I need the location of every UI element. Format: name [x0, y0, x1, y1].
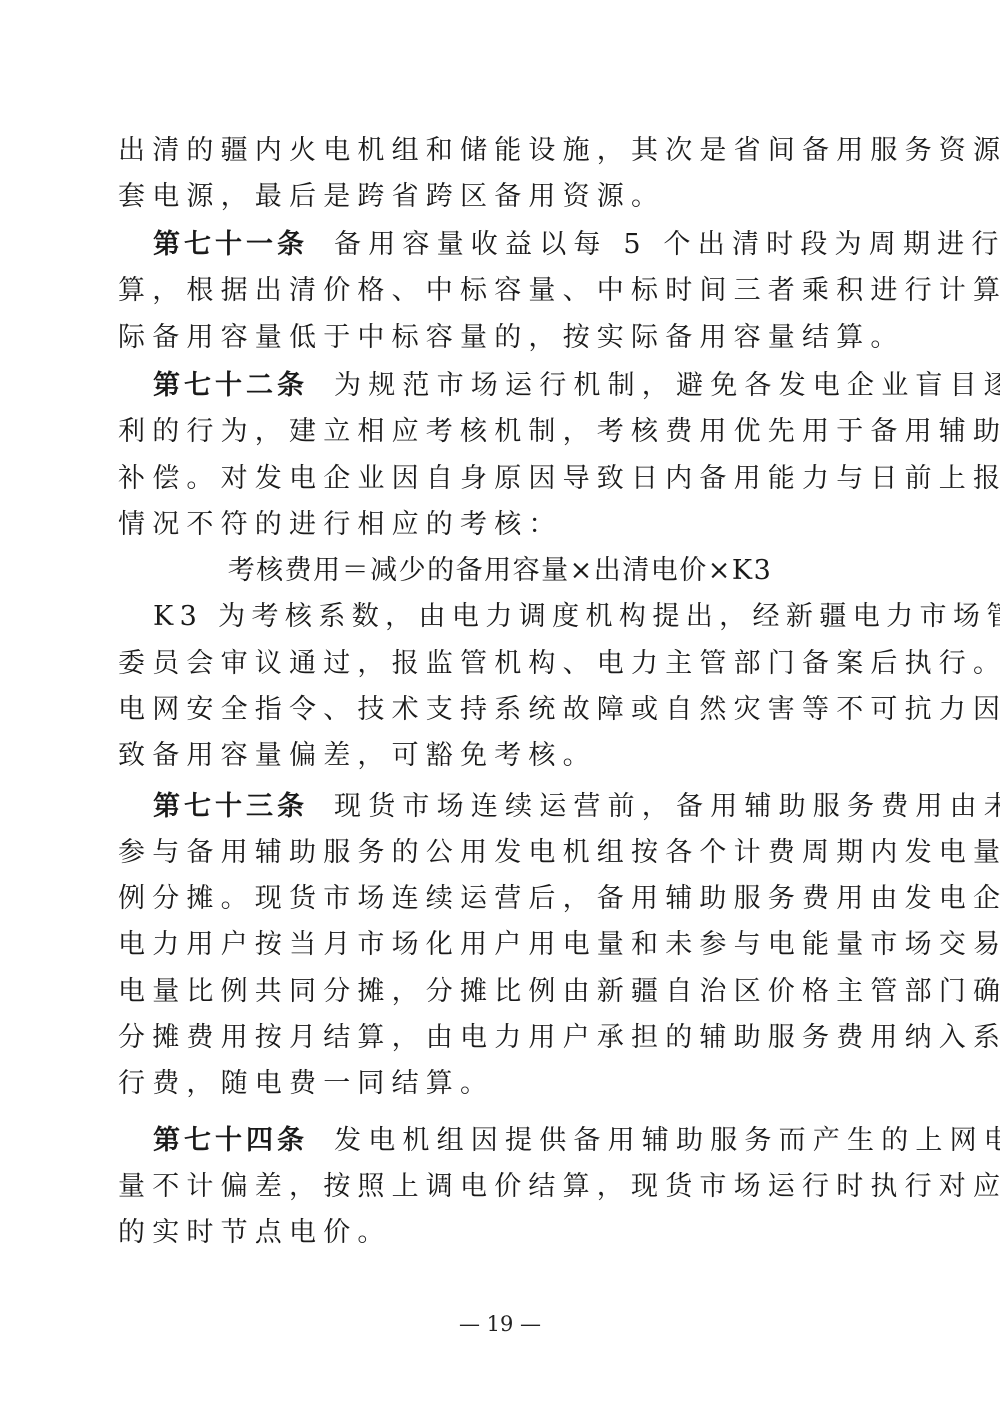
page-number: — 19 —	[0, 1310, 1000, 1338]
article-73-heading: 第七十三条	[153, 791, 308, 822]
text-line: 参与备用辅助服务的公用发电机组按各个计费周期内发电量等比	[118, 833, 884, 873]
article-72-text: 为规范市场运行机制，避免各发电企业盲目逐	[334, 370, 1000, 401]
article-73-line: 第七十三条现货市场连续运营前，备用辅助服务费用由未	[153, 787, 919, 827]
article-74-heading: 第七十四条	[153, 1125, 308, 1156]
text-line: 际备用容量低于中标容量的，按实际备用容量结算。	[118, 318, 884, 358]
article-74-text: 发电机组因提供备用辅助服务而产生的上网电	[334, 1125, 1000, 1156]
document-page: 出清的疆内火电机组和储能设施，其次是省间备用服务资源、配 套电源，最后是跨省跨区…	[0, 0, 1000, 1414]
text-line: 例分摊。现货市场连续运营后，备用辅助服务费用由发电企业和	[118, 879, 884, 919]
article-72-heading: 第七十二条	[153, 370, 308, 401]
article-71-text: 备用容量收益以每 5 个出清时段为周期进行结	[334, 229, 1000, 260]
text-line: 行费，随电费一同结算。	[118, 1064, 884, 1104]
article-71-heading: 第七十一条	[153, 229, 308, 260]
text-line: 电力用户按当月市场化用户用电量和未参与电能量市场交易的发	[118, 925, 884, 965]
article-71-line: 第七十一条备用容量收益以每 5 个出清时段为周期进行结	[153, 225, 919, 265]
text-line: 量不计偏差，按照上调电价结算，现货市场运行时执行对应时段	[118, 1167, 884, 1207]
text-line: 的实时节点电价。	[118, 1213, 884, 1253]
article-73-text: 现货市场连续运营前，备用辅助服务费用由未	[334, 791, 1000, 822]
text-line: 电量比例共同分摊，分摊比例由新疆自治区价格主管部门确定。	[118, 972, 884, 1012]
text-line: K3 为考核系数，由电力调度机构提出，经新疆电力市场管理	[153, 597, 919, 637]
article-74-line: 第七十四条发电机组因提供备用辅助服务而产生的上网电	[153, 1121, 919, 1161]
text-line: 致备用容量偏差，可豁免考核。	[118, 736, 884, 776]
text-line: 算，根据出清价格、中标容量、中标时间三者乘积进行计算。实	[118, 271, 884, 311]
text-line: 情况不符的进行相应的考核：	[118, 505, 884, 545]
text-line: 电网安全指令、技术支持系统故障或自然灾害等不可抗力因素导	[118, 690, 884, 730]
text-line: 出清的疆内火电机组和储能设施，其次是省间备用服务资源、配	[118, 131, 884, 171]
text-line: 补偿。对发电企业因自身原因导致日内备用能力与日前上报竞价	[118, 459, 884, 499]
text-line: 分摊费用按月结算，由电力用户承担的辅助服务费用纳入系统运	[118, 1018, 884, 1058]
text-line: 利的行为，建立相应考核机制，考核费用优先用于备用辅助服务	[118, 412, 884, 452]
assessment-formula: 考核费用＝减少的备用容量×出清电价×K3	[0, 551, 1000, 591]
text-line: 套电源，最后是跨省跨区备用资源。	[118, 177, 884, 217]
text-line: 委员会审议通过，报监管机构、电力主管部门备案后执行。若因	[118, 644, 884, 684]
article-72-line: 第七十二条为规范市场运行机制，避免各发电企业盲目逐	[153, 366, 919, 406]
